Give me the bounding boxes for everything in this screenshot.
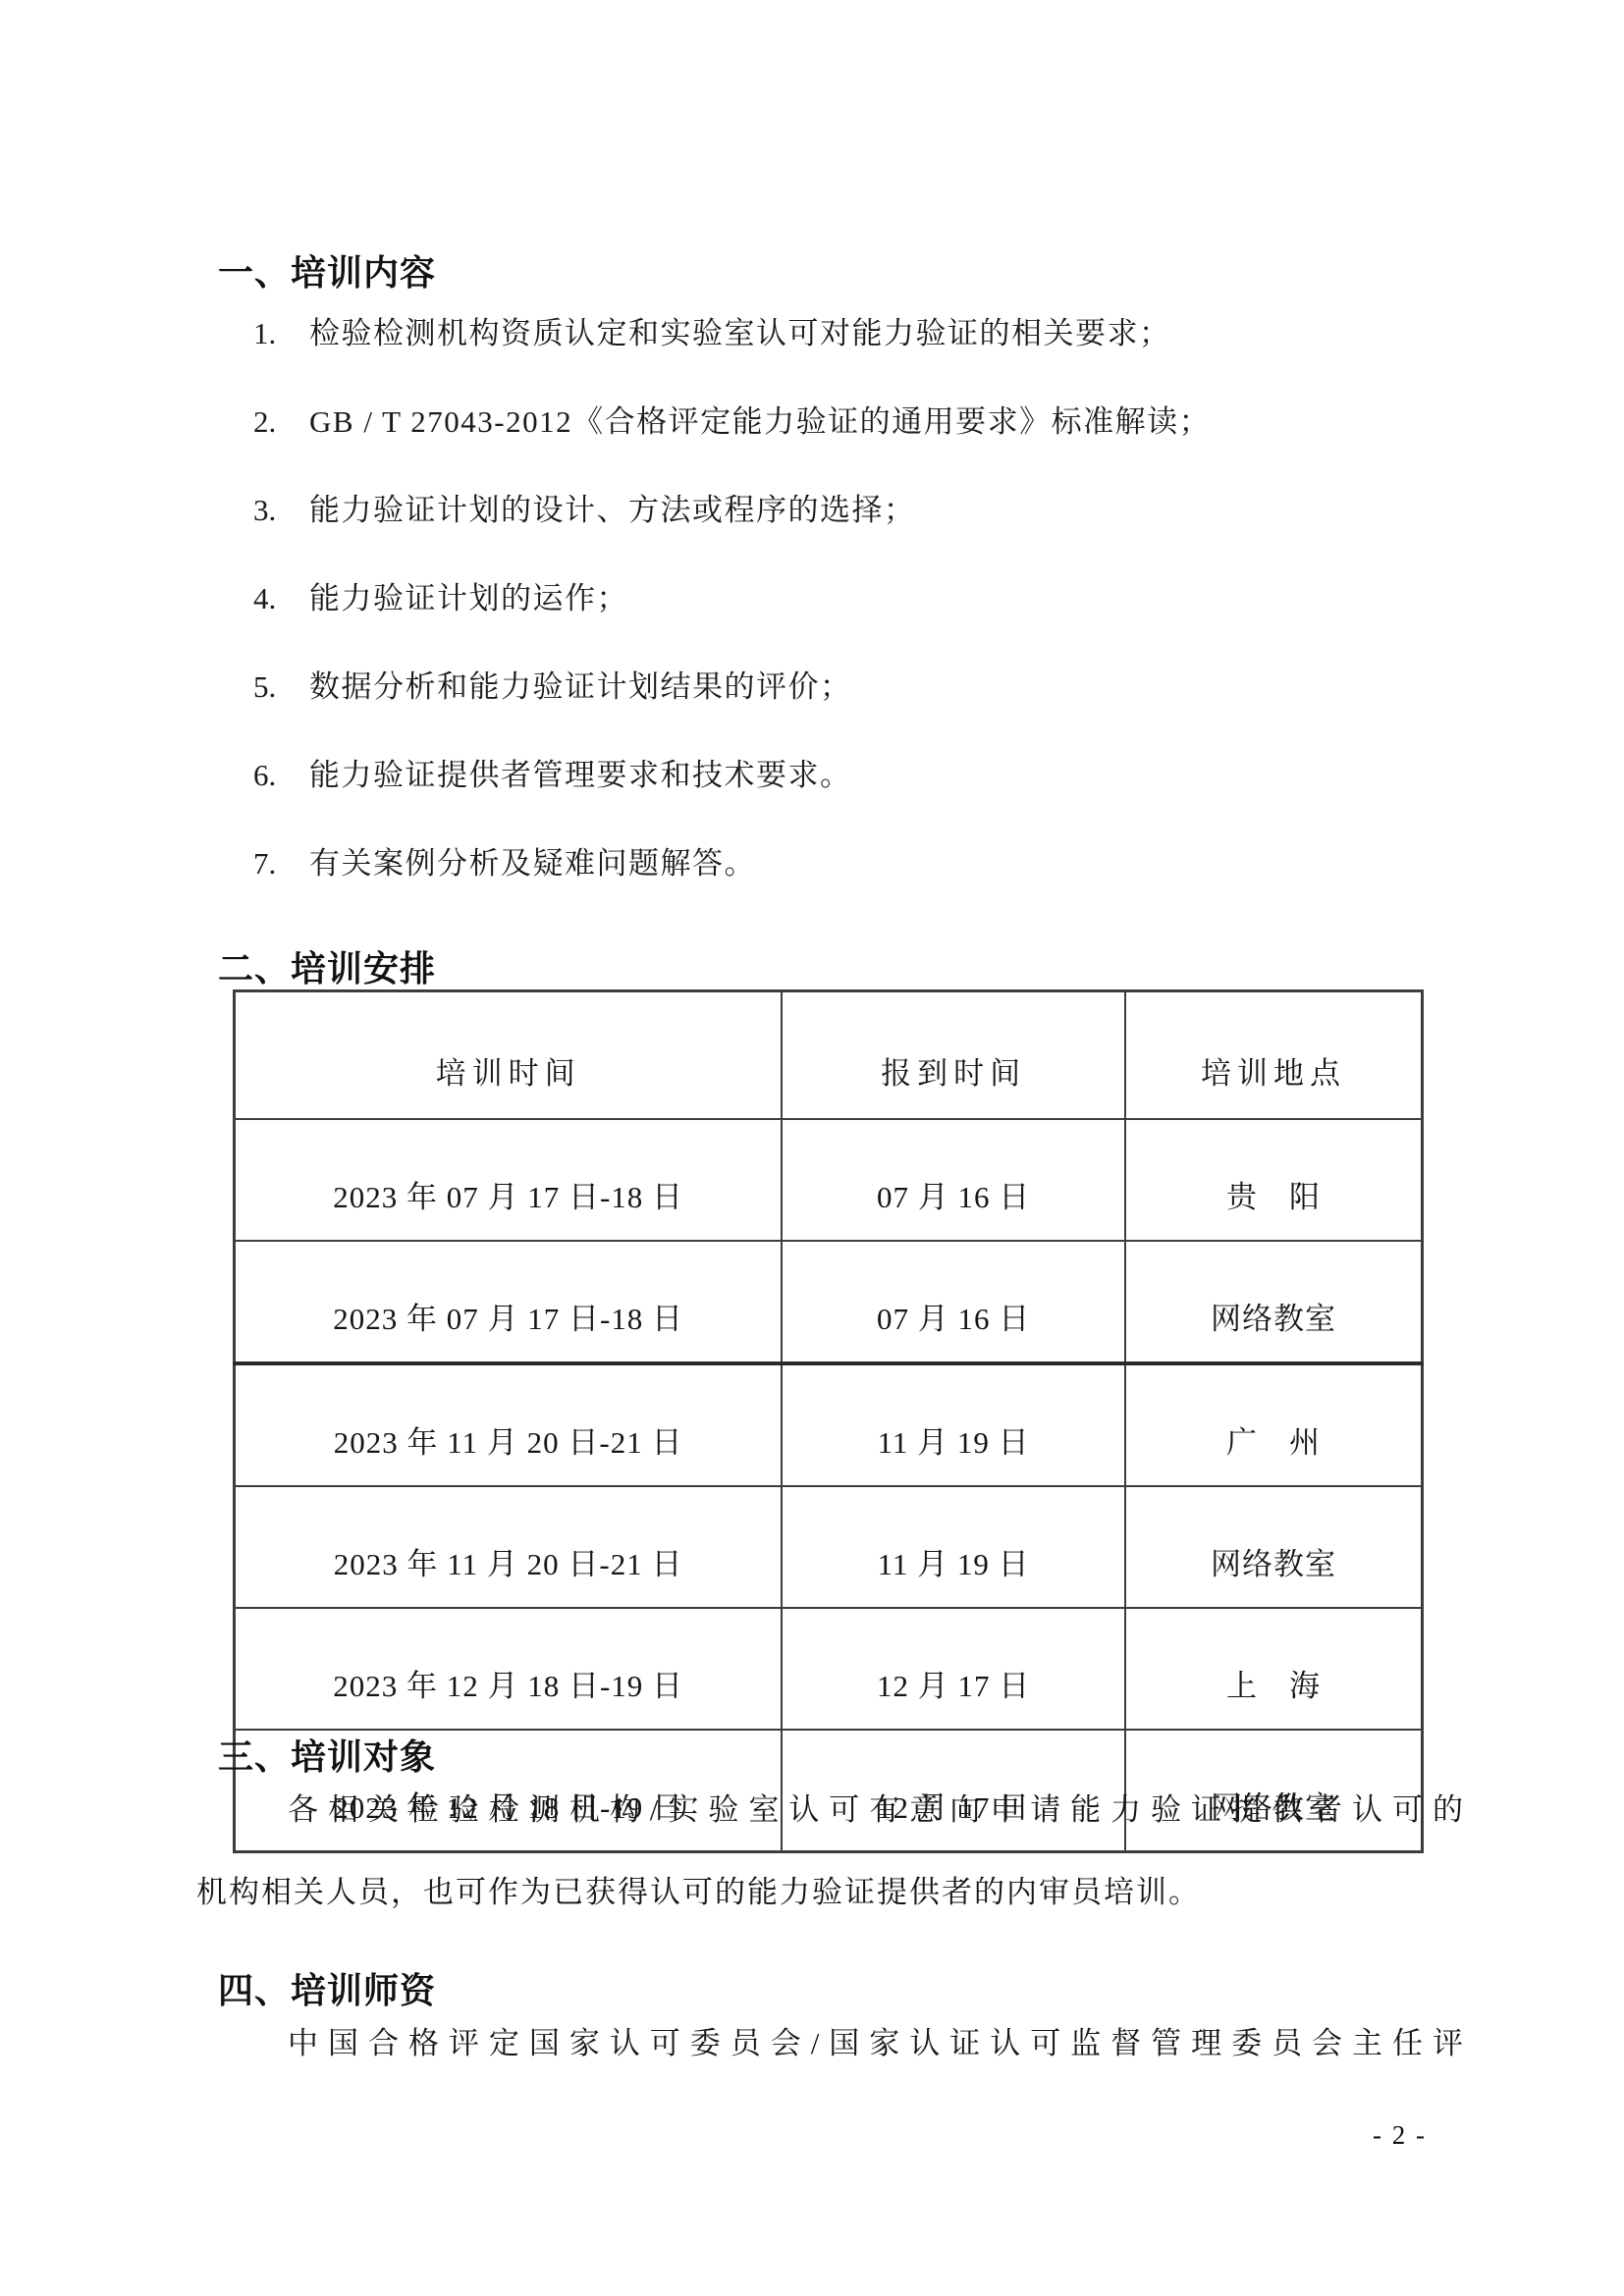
training-audience-paragraph: 各相关检验检测机构/实验室认可有意向申请能力验证提供者认可的 机构相关人员，也可…	[196, 1789, 1465, 1953]
table-row: 2023 年 11 月 20 日-21 日 11 月 19 日 网络教室	[235, 1486, 1423, 1608]
list-item-text: 数据分析和能力验证计划结果的评价；	[309, 666, 852, 708]
paragraph-line: 机构相关人员，也可作为已获得认可的能力验证提供者的内审员培训。	[196, 1871, 1465, 1953]
list-item: 3. 能力验证计划的设计、方法或程序的选择；	[253, 489, 1211, 531]
table-row: 2023 年 11 月 20 日-21 日 11 月 19 日 广 州	[235, 1363, 1423, 1486]
list-item: 7. 有关案例分析及疑难问题解答。	[253, 842, 1211, 884]
checkin-time-cell: 11 月 19 日	[782, 1363, 1125, 1486]
column-header-training-time: 培训时间	[235, 991, 783, 1120]
list-item-text: 检验检测机构资质认定和实验室认可对能力验证的相关要求；	[309, 312, 1171, 354]
training-location-cell: 网络教室	[1125, 1486, 1423, 1608]
table-row: 2023 年 12 月 18 日-19 日 12 月 17 日 上 海	[235, 1608, 1423, 1730]
paragraph-line: 中国合格评定国家认可委员会/国家认证认可监督管理委员会主任评	[196, 2022, 1465, 2105]
list-item-text: 有关案例分析及疑难问题解答。	[309, 842, 756, 884]
section-heading-training-audience: 三、培训对象	[218, 1735, 436, 1779]
training-faculty-paragraph: 中国合格评定国家认可委员会/国家认证认可监督管理委员会主任评	[196, 2022, 1465, 2105]
document-page: 一、培训内容 1. 检验检测机构资质认定和实验室认可对能力验证的相关要求； 2.…	[0, 0, 1624, 2296]
training-location-cell: 上 海	[1125, 1608, 1423, 1730]
list-item-text: 能力验证计划的运作；	[309, 577, 628, 619]
page-number: - 2 -	[1373, 2120, 1427, 2151]
training-time-cell: 2023 年 07 月 17 日-18 日	[235, 1119, 783, 1241]
paragraph-line: 各相关检验检测机构/实验室认可有意向申请能力验证提供者认可的	[196, 1789, 1465, 1871]
section-heading-training-schedule: 二、培训安排	[218, 947, 436, 990]
list-item: 2. GB / T 27043-2012《合格评定能力验证的通用要求》标准解读；	[253, 400, 1211, 443]
list-item-number: 3.	[253, 489, 309, 531]
section-heading-training-content: 一、培训内容	[218, 251, 436, 294]
list-item-text: 能力验证提供者管理要求和技术要求。	[309, 754, 852, 796]
column-header-training-location: 培训地点	[1125, 991, 1423, 1120]
section-heading-training-faculty: 四、培训师资	[218, 1969, 436, 2012]
training-content-list: 1. 检验检测机构资质认定和实验室认可对能力验证的相关要求； 2. GB / T…	[253, 312, 1211, 931]
table-row: 2023 年 07 月 17 日-18 日 07 月 16 日 贵 阳	[235, 1119, 1423, 1241]
training-location-cell: 贵 阳	[1125, 1119, 1423, 1241]
training-time-cell: 2023 年 07 月 17 日-18 日	[235, 1241, 783, 1363]
list-item-number: 5.	[253, 666, 309, 708]
list-item-number: 7.	[253, 842, 309, 884]
list-item-number: 2.	[253, 400, 309, 443]
training-time-cell: 2023 年 11 月 20 日-21 日	[235, 1486, 783, 1608]
training-location-cell: 网络教室	[1125, 1241, 1423, 1363]
checkin-time-cell: 07 月 16 日	[782, 1241, 1125, 1363]
checkin-time-cell: 11 月 19 日	[782, 1486, 1125, 1608]
column-header-checkin-time: 报到时间	[782, 991, 1125, 1120]
training-time-cell: 2023 年 12 月 18 日-19 日	[235, 1608, 783, 1730]
table-header-row: 培训时间 报到时间 培训地点	[235, 991, 1423, 1120]
table-row: 2023 年 07 月 17 日-18 日 07 月 16 日 网络教室	[235, 1241, 1423, 1363]
list-item-text: 能力验证计划的设计、方法或程序的选择；	[309, 489, 916, 531]
list-item-text: GB / T 27043-2012《合格评定能力验证的通用要求》标准解读；	[309, 400, 1211, 443]
list-item: 5. 数据分析和能力验证计划结果的评价；	[253, 666, 1211, 708]
list-item: 1. 检验检测机构资质认定和实验室认可对能力验证的相关要求；	[253, 312, 1211, 354]
training-location-cell: 广 州	[1125, 1363, 1423, 1486]
list-item: 6. 能力验证提供者管理要求和技术要求。	[253, 754, 1211, 796]
list-item-number: 6.	[253, 754, 309, 796]
list-item-number: 1.	[253, 312, 309, 354]
checkin-time-cell: 07 月 16 日	[782, 1119, 1125, 1241]
training-time-cell: 2023 年 11 月 20 日-21 日	[235, 1363, 783, 1486]
list-item: 4. 能力验证计划的运作；	[253, 577, 1211, 619]
checkin-time-cell: 12 月 17 日	[782, 1608, 1125, 1730]
training-schedule-table: 培训时间 报到时间 培训地点 2023 年 07 月 17 日-18 日 07 …	[233, 989, 1424, 1853]
list-item-number: 4.	[253, 577, 309, 619]
